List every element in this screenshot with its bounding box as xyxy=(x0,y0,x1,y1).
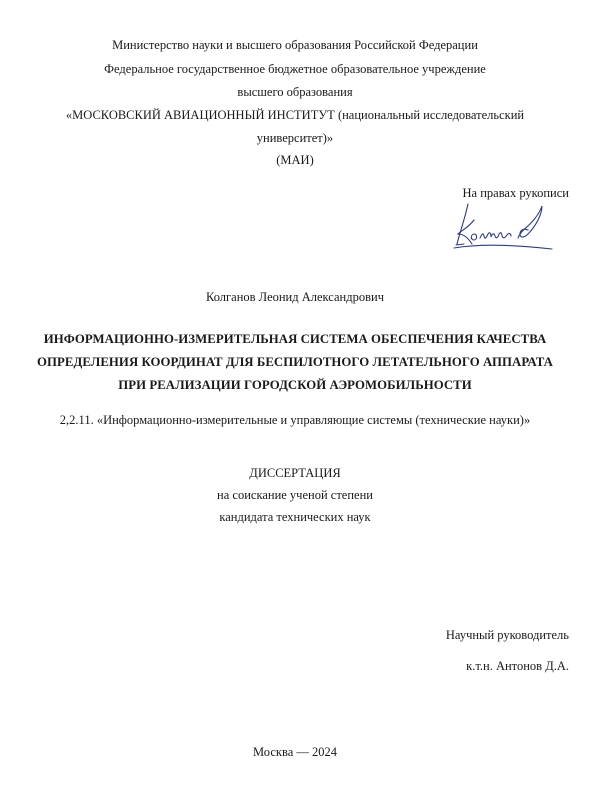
dissertation-title-line-2: ОПРЕДЕЛЕНИЯ КООРДИНАТ ДЛЯ БЕСПИЛОТНОГО Л… xyxy=(0,355,590,370)
degree-purpose: на соискание ученой степени xyxy=(0,488,590,503)
university-name-line-2: университет)» xyxy=(0,131,590,146)
author-name: Колганов Леонид Александрович xyxy=(0,290,590,305)
ministry-line: Министерство науки и высшего образования… xyxy=(0,38,590,53)
document-type: ДИССЕРТАЦИЯ xyxy=(0,466,590,481)
specialty-code: 2,2.11. «Информационно-измерительные и у… xyxy=(0,413,590,428)
supervisor-label: Научный руководитель xyxy=(446,628,569,643)
degree-name: кандидата технических наук xyxy=(0,510,590,525)
dissertation-title-line-1: ИНФОРМАЦИОННО-ИЗМЕРИТЕЛЬНАЯ СИСТЕМА ОБЕС… xyxy=(0,332,590,347)
education-line: высшего образования xyxy=(0,85,590,100)
supervisor-name: к.т.н. Антонов Д.А. xyxy=(466,659,569,674)
city-year: Москва — 2024 xyxy=(0,745,590,760)
manuscript-note: На правах рукописи xyxy=(463,186,570,201)
university-abbreviation: (МАИ) xyxy=(0,153,590,168)
signature-icon xyxy=(448,200,558,255)
institution-line: Федеральное государственное бюджетное об… xyxy=(0,62,590,77)
university-name-line: «МОСКОВСКИЙ АВИАЦИОННЫЙ ИНСТИТУТ (национ… xyxy=(0,108,590,123)
dissertation-title-line-3: ПРИ РЕАЛИЗАЦИИ ГОРОДСКОЙ АЭРОМОБИЛЬНОСТИ xyxy=(0,378,590,393)
